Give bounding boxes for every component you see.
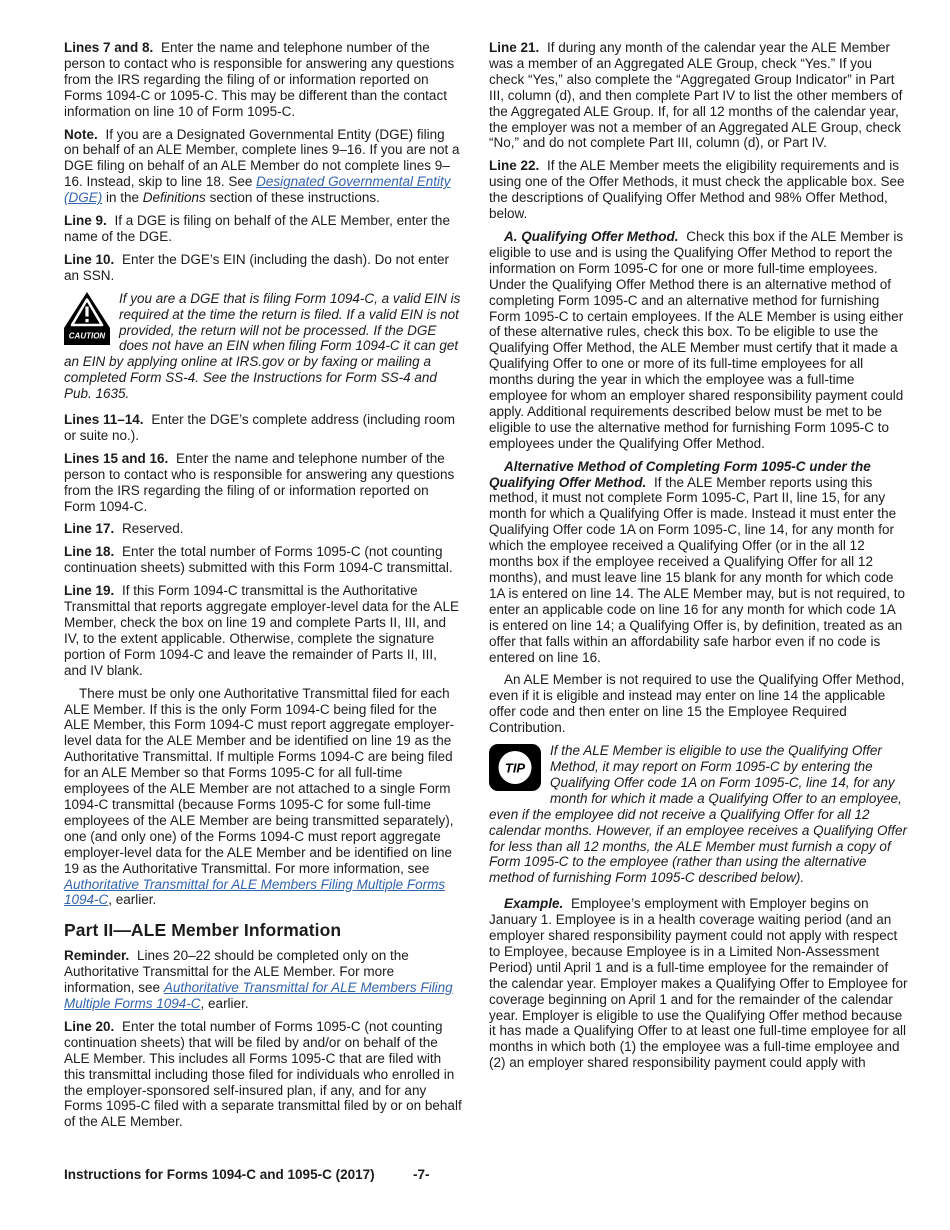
paragraph: Line 20. Enter the total number of Forms… [64,1019,463,1130]
paragraph: Example. Employee’s employment with Empl… [489,896,908,1071]
text-run: If this Form 1094-C transmittal is the A… [64,583,459,678]
paragraph-label: Example. [504,896,563,911]
tip-note: TIP If the ALE Member is eligible to use… [489,743,908,886]
left-column: Lines 7 and 8. Enter the name and teleph… [64,40,463,1137]
text-run: If the ALE Member is eligible to use the… [489,743,907,885]
paragraph: Lines 11–14. Enter the DGE’s complete ad… [64,412,463,444]
paragraph: Line 19. If this Form 1094-C transmittal… [64,583,463,678]
paragraph-label: Lines 7 and 8. [64,40,153,55]
paragraph: Lines 7 and 8. Enter the name and teleph… [64,40,463,120]
paragraph: Alternative Method of Completing Form 10… [489,459,908,666]
text-run: If the ALE Member meets the eligibility … [489,158,905,221]
paragraph: Reminder. Lines 20–22 should be complete… [64,948,463,1012]
right-column: Line 21. If during any month of the cale… [489,40,908,1137]
paragraph: Line 18. Enter the total number of Forms… [64,544,463,576]
svg-text:CAUTION: CAUTION [69,331,106,340]
paragraph-label: Line 21. [489,40,539,55]
paragraph-label: Line 18. [64,544,114,559]
text-run: , earlier. [201,996,249,1011]
paragraph-label: Lines 15 and 16. [64,451,168,466]
page-number: -7- [413,1167,430,1182]
paragraph-label: A. Qualifying Offer Method. [504,229,679,244]
paragraph: A. Qualifying Offer Method. Check this b… [489,229,908,452]
text-run: If during any month of the calendar year… [489,40,902,150]
section-heading: Part II—ALE Member Information [64,920,463,940]
paragraph-label: Reminder. [64,948,129,963]
text-run: Enter the total number of Forms 1095-C (… [64,1019,462,1129]
text-run: If a DGE is filing on behalf of the ALE … [64,213,450,244]
text-run: Enter the DGE’s EIN (including the dash)… [64,252,449,283]
paragraph: Line 21. If during any month of the cale… [489,40,908,151]
paragraph: There must be only one Authoritative Tra… [64,686,463,909]
paragraph-label: Line 9. [64,213,107,228]
text-run: Employee’s employment with Employer begi… [489,896,907,1070]
paragraph: Line 10. Enter the DGE’s EIN (including … [64,252,463,284]
paragraph-label: Line 10. [64,252,114,267]
paragraph: Lines 15 and 16. Enter the name and tele… [64,451,463,515]
paragraph: An ALE Member is not required to use the… [489,672,908,736]
text-run: in the [102,190,143,205]
caution-note: CAUTION If you are a DGE that is filing … [64,291,463,402]
text-run: Check this box if the ALE Member is elig… [489,229,903,451]
footer-title: Instructions for Forms 1094-C and 1095-C… [64,1167,375,1182]
text-run: Definitions [143,190,206,205]
text-run: There must be only one Authoritative Tra… [64,686,454,876]
text-run: An ALE Member is not required to use the… [489,672,904,735]
paragraph-label: Lines 11–14. [64,412,144,427]
text-run: section of these instructions. [206,190,380,205]
paragraph: Line 22. If the ALE Member meets the eli… [489,158,908,222]
text-run: If the ALE Member reports using this met… [489,475,905,665]
text-run: If you are a DGE that is filing Form 109… [64,291,460,401]
paragraph-label: Line 19. [64,583,114,598]
paragraph-label: Line 22. [489,158,539,173]
paragraph-label: Line 20. [64,1019,114,1034]
text-run: , earlier. [108,892,156,907]
svg-text:TIP: TIP [505,761,526,776]
paragraph: Line 17. Reserved. [64,521,463,537]
document-page: Lines 7 and 8. Enter the name and teleph… [0,0,950,1230]
paragraph: Line 9. If a DGE is filing on behalf of … [64,213,463,245]
paragraph-label: Line 17. [64,521,114,536]
text-run: Reserved. [118,521,183,536]
two-column-layout: Lines 7 and 8. Enter the name and teleph… [64,40,908,1137]
paragraph-label: Note. [64,127,98,142]
text-run: Enter the total number of Forms 1095-C (… [64,544,453,575]
paragraph: Note. If you are a Designated Government… [64,127,463,207]
caution-icon: CAUTION [64,292,110,345]
tip-icon: TIP [489,744,541,791]
